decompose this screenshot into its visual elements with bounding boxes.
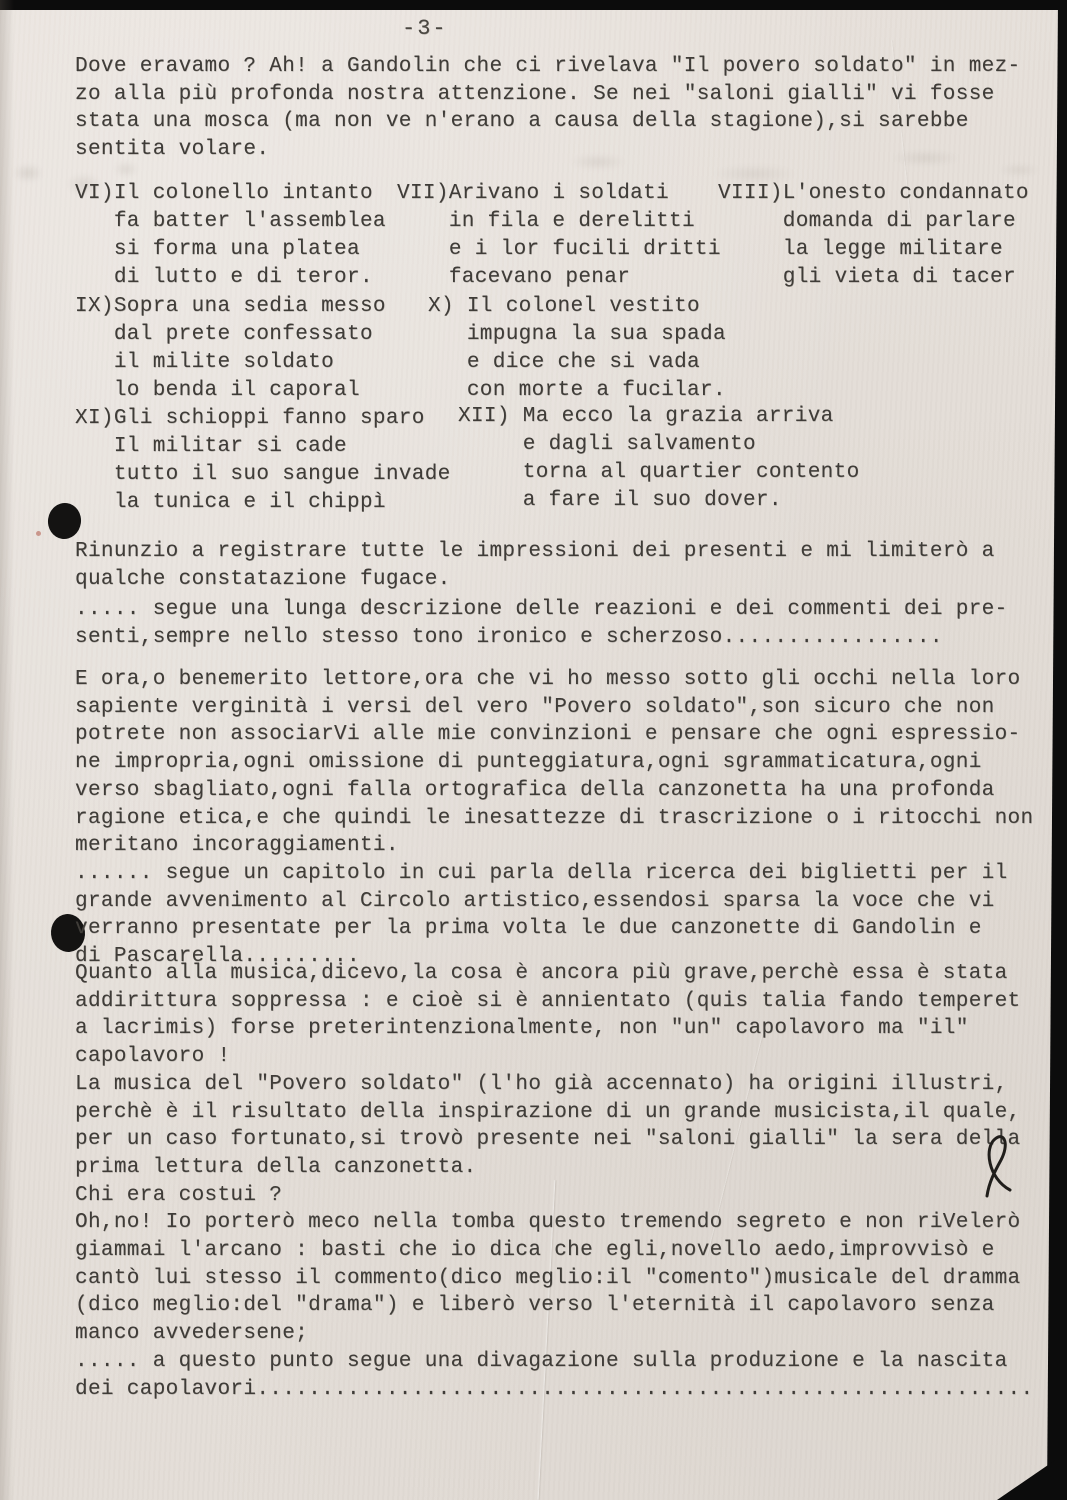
scan-edge-top: [0, 0, 1067, 10]
page-number: -3-: [402, 16, 448, 41]
verse-xii: XII) Ma ecco la grazia arrivae dagli sal…: [458, 403, 860, 515]
paragraph-e-ora: E ora,o benemerito lettore,ora che vi ho…: [75, 666, 1033, 971]
paper-edge-shadow: [0, 0, 14, 1500]
verse-vii: VII) Arivano i soldatiin fila e derelitt…: [397, 180, 721, 292]
verse-number: IX): [75, 293, 114, 405]
verse-ix: IX) Sopra una sedia messodal prete confe…: [75, 293, 386, 405]
handwritten-correction-loop: [978, 1132, 1020, 1203]
verse-number: XII): [458, 403, 523, 515]
paragraph-rinunzio: Rinunzio a registrare tutte le impressio…: [75, 538, 995, 593]
verse-lines: Il colonel vestitoimpugna la sua spada e…: [467, 293, 726, 405]
verse-number: VII): [397, 180, 449, 292]
verse-number: XI): [75, 405, 114, 517]
verse-xi: XI) Gli schioppi fanno sparoIl militar s…: [75, 405, 451, 517]
verse-viii: VIII) L'onesto condannatodomanda di parl…: [718, 180, 1029, 292]
verse-number: X): [428, 293, 467, 405]
verse-x: X) Il colonel vestitoimpugna la sua spad…: [428, 293, 726, 405]
verse-lines: Sopra una sedia messodal prete confessat…: [114, 293, 386, 405]
verse-vi: VI) Il colonello intantofa batter l'asse…: [75, 180, 386, 292]
paragraph-quanto-musica: Quanto alla musica,dicevo,la cosa è anco…: [75, 960, 1033, 1403]
verse-lines: Ma ecco la grazia arrivae dagli salvamen…: [523, 403, 860, 515]
verse-number: VIII): [718, 180, 783, 292]
intro-paragraph: Dove eravamo ? Ah! a Gandolin che ci riv…: [75, 53, 1021, 164]
verse-lines: L'onesto condannatodomanda di parlare la…: [783, 180, 1029, 292]
verse-lines: Il colonello intantofa batter l'assemble…: [114, 180, 386, 292]
verse-lines: Arivano i soldatiin fila e derelitti e i…: [449, 180, 721, 292]
paragraph-segue-descrizione: ..... segue una lunga descrizione delle …: [75, 596, 1008, 651]
scan-edge-right: [1045, 0, 1067, 1500]
paper-speck: [36, 531, 41, 536]
verse-lines: Gli schioppi fanno sparoIl militar si ca…: [114, 405, 451, 517]
scanned-typewritten-page: -3- Dove eravamo ? Ah! a Gandolin che ci…: [0, 0, 1067, 1500]
verse-number: VI): [75, 180, 114, 292]
